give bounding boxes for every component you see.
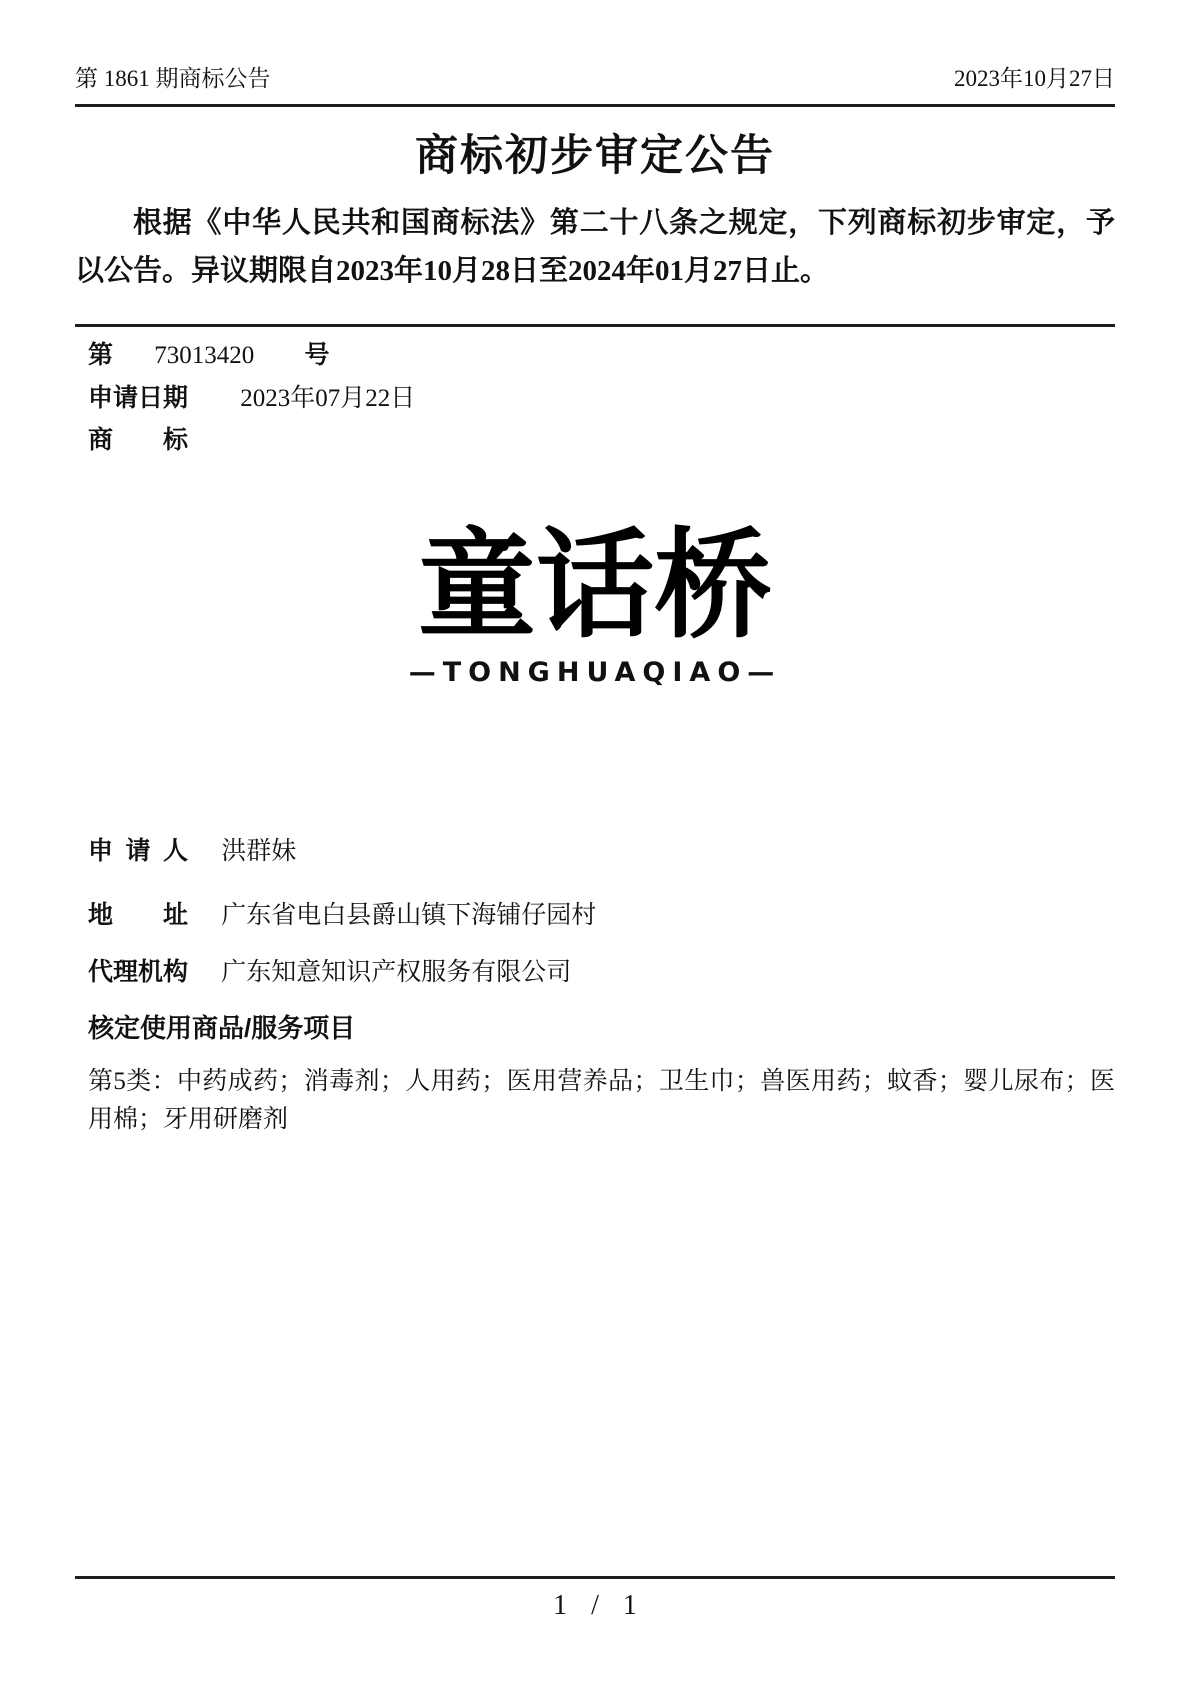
registration-number-prefix: 第	[88, 339, 112, 372]
page-header: 第 1861 期商标公告 2023年10月27日	[75, 0, 1115, 94]
trademark-logo-latin: —TONGHUAQIAO—	[75, 657, 1115, 689]
registration-number-suffix: 号	[305, 341, 330, 369]
agency-value: 广东知意知识产权服务有限公司	[221, 959, 571, 986]
current-page-number: 1	[553, 1590, 567, 1621]
gazette-page: 第 1861 期商标公告 2023年10月27日 商标初步审定公告 根据《中华人…	[0, 0, 1190, 1684]
address-value: 广东省电白县爵山镇下海铺仔园村	[221, 902, 596, 929]
announcement-intro: 根据《中华人民共和国商标法》第二十八条之规定，下列商标初步审定，予以公告。异议期…	[75, 199, 1115, 295]
applicant-value: 洪群妹	[221, 838, 296, 865]
goods-services-list: 第5类：中药成药；消毒剂；人用药；医用营养品；卫生巾；兽医用药；蚊香；婴儿尿布；…	[75, 1063, 1115, 1139]
agency-row: 代理机构 广东知意知识产权服务有限公司	[75, 956, 1115, 989]
address-label: 地 址	[88, 899, 188, 932]
page-title: 商标初步审定公告	[75, 131, 1115, 183]
trademark-label-row: 商 标	[75, 424, 1115, 457]
total-page-count: 1	[623, 1590, 637, 1621]
address-row: 地 址 广东省电白县爵山镇下海铺仔园村	[75, 899, 1115, 932]
application-date-row: 申请日期 2023年07月22日	[75, 382, 1115, 415]
trademark-image: 童话桥 —TONGHUAQIAO—	[75, 525, 1115, 689]
applicant-label: 申 请 人	[88, 835, 188, 868]
trademark-label: 商 标	[88, 424, 188, 457]
section-divider	[75, 324, 1115, 327]
gazette-date: 2023年10月27日	[954, 64, 1115, 94]
application-date-label: 申请日期	[88, 382, 188, 415]
registration-number: 73013420	[154, 342, 254, 369]
header-divider	[75, 104, 1115, 107]
page-separator: /	[591, 1590, 599, 1621]
page-footer: 1/1	[75, 1576, 1115, 1623]
goods-services-heading: 核定使用商品/服务项目	[75, 1011, 1115, 1045]
gazette-issue-label: 第 1861 期商标公告	[75, 64, 271, 94]
application-date-value: 2023年07月22日	[240, 385, 415, 412]
trademark-logo-chinese: 童话桥	[75, 525, 1115, 645]
registration-number-row: 第 73013420 号	[75, 339, 1115, 372]
agency-label: 代理机构	[88, 956, 188, 989]
applicant-row: 申 请 人 洪群妹	[75, 835, 1115, 868]
